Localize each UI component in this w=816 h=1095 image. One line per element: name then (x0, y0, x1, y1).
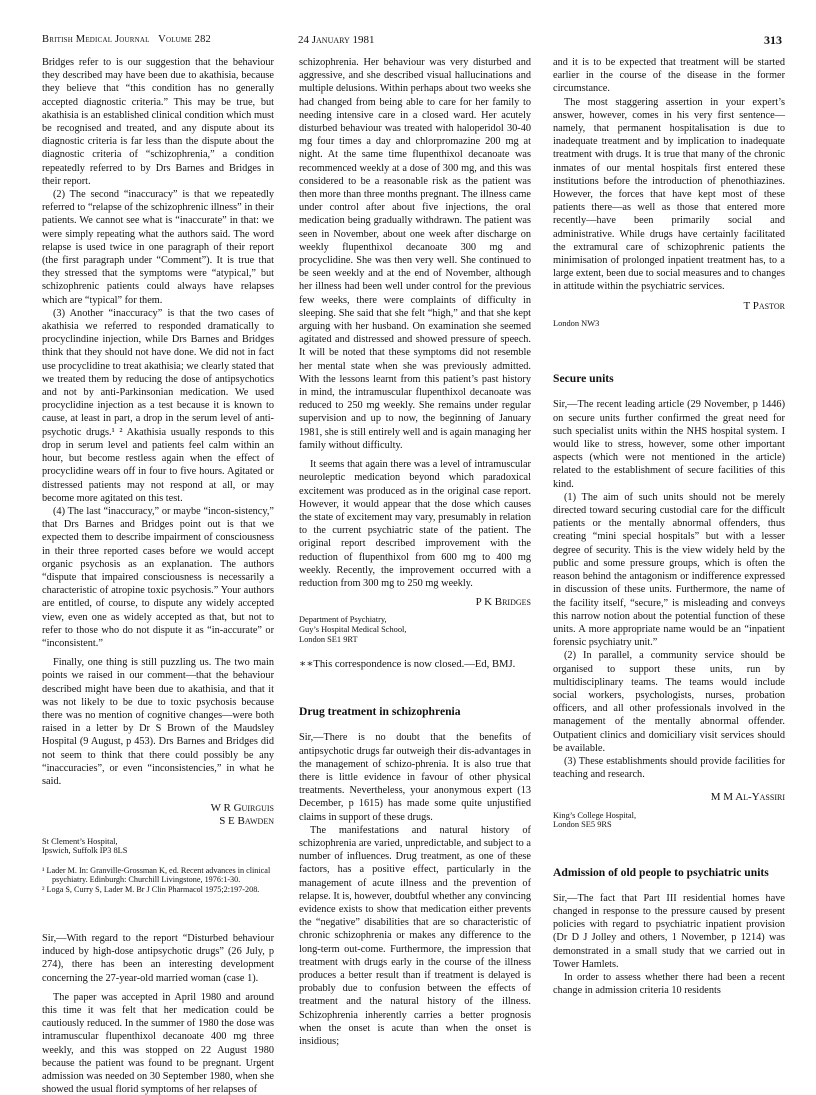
paragraph: In order to assess whether there had bee… (553, 971, 785, 997)
paragraph: schizophrenia. Her behaviour was very di… (299, 56, 531, 452)
page-number: 313 (764, 33, 782, 48)
column-1: Bridges refer to is our suggestion that … (42, 56, 274, 1095)
paragraph: Sir,—The fact that Part III residential … (553, 892, 785, 971)
author-signature: P K Bridges (299, 596, 531, 609)
paragraph: (2) In parallel, a community service sho… (553, 649, 785, 755)
issue-date: 24 January 1981 (298, 34, 375, 46)
address-line: London SE1 9RT (299, 635, 531, 645)
section-heading: Secure units (553, 372, 785, 386)
paragraph: Bridges refer to is our suggestion that … (42, 56, 274, 188)
paragraph: (2) The second “inaccuracy” is that we r… (42, 188, 274, 307)
author-signature: S E Bawden (42, 815, 274, 828)
address-line: St Clement’s Hospital, (42, 837, 274, 847)
paragraph: The paper was accepted in April 1980 and… (42, 991, 274, 1095)
address-line: King’s College Hospital, (553, 811, 785, 821)
paragraph: Sir,—The recent leading article (29 Nove… (553, 398, 785, 490)
paragraph: (4) The last “inaccuracy,” or maybe “inc… (42, 505, 274, 650)
paragraph: (3) These establishments should provide … (553, 755, 785, 781)
author-signature: M M Al-Yassiri (553, 791, 785, 804)
address-line: Ipswich, Suffolk IP3 8LS (42, 846, 274, 856)
journal-volume: British Medical Journal Volume 282 (42, 34, 211, 45)
address-line: London SE5 9RS (553, 820, 785, 830)
paragraph: (1) The aim of such units should not be … (553, 491, 785, 649)
column-2: schizophrenia. Her behaviour was very di… (299, 56, 531, 1048)
address-line: Guy’s Hospital Medical School, (299, 625, 531, 635)
paragraph: (3) Another “inaccuracy” is that the two… (42, 307, 274, 505)
editor-note: ∗∗This correspondence is now closed.—Ed,… (299, 658, 531, 671)
address-line: London NW3 (553, 319, 785, 329)
paragraph: It seems that again there was a level of… (299, 458, 531, 590)
volume-label: Volume 282 (158, 34, 211, 45)
paragraph: Sir,—With regard to the report “Disturbe… (42, 932, 274, 985)
author-address: London NW3 (553, 319, 785, 329)
address-line: Department of Psychiatry, (299, 615, 531, 625)
section-heading: Admission of old people to psychiatric u… (553, 866, 785, 880)
paragraph: and it is to be expected that treatment … (553, 56, 785, 96)
author-signature: W R Guirguis (42, 802, 274, 815)
author-address: St Clement’s Hospital, Ipswich, Suffolk … (42, 837, 274, 856)
author-signature: T Pastor (553, 300, 785, 313)
author-address: Department of Psychiatry, Guy’s Hospital… (299, 615, 531, 644)
author-address: King’s College Hospital, London SE5 9RS (553, 811, 785, 830)
reference-item: ¹ Lader M. In: Granville-Grossman K, ed.… (42, 866, 274, 885)
references: ¹ Lader M. In: Granville-Grossman K, ed.… (42, 866, 274, 894)
paragraph: The manifestations and natural history o… (299, 824, 531, 1048)
paragraph: Finally, one thing is still puzzling us.… (42, 656, 274, 788)
paragraph: The most staggering assertion in your ex… (553, 96, 785, 294)
journal-name: British Medical Journal (42, 34, 150, 45)
paragraph: Sir,—There is no doubt that the benefits… (299, 731, 531, 823)
column-3: and it is to be expected that treatment … (553, 56, 785, 997)
running-header: British Medical Journal Volume 282 24 Ja… (42, 34, 782, 50)
spacer (42, 894, 274, 932)
reference-item: ² Loga S, Curry S, Lader M. Br J Clin Ph… (42, 885, 274, 894)
section-heading: Drug treatment in schizophrenia (299, 705, 531, 719)
